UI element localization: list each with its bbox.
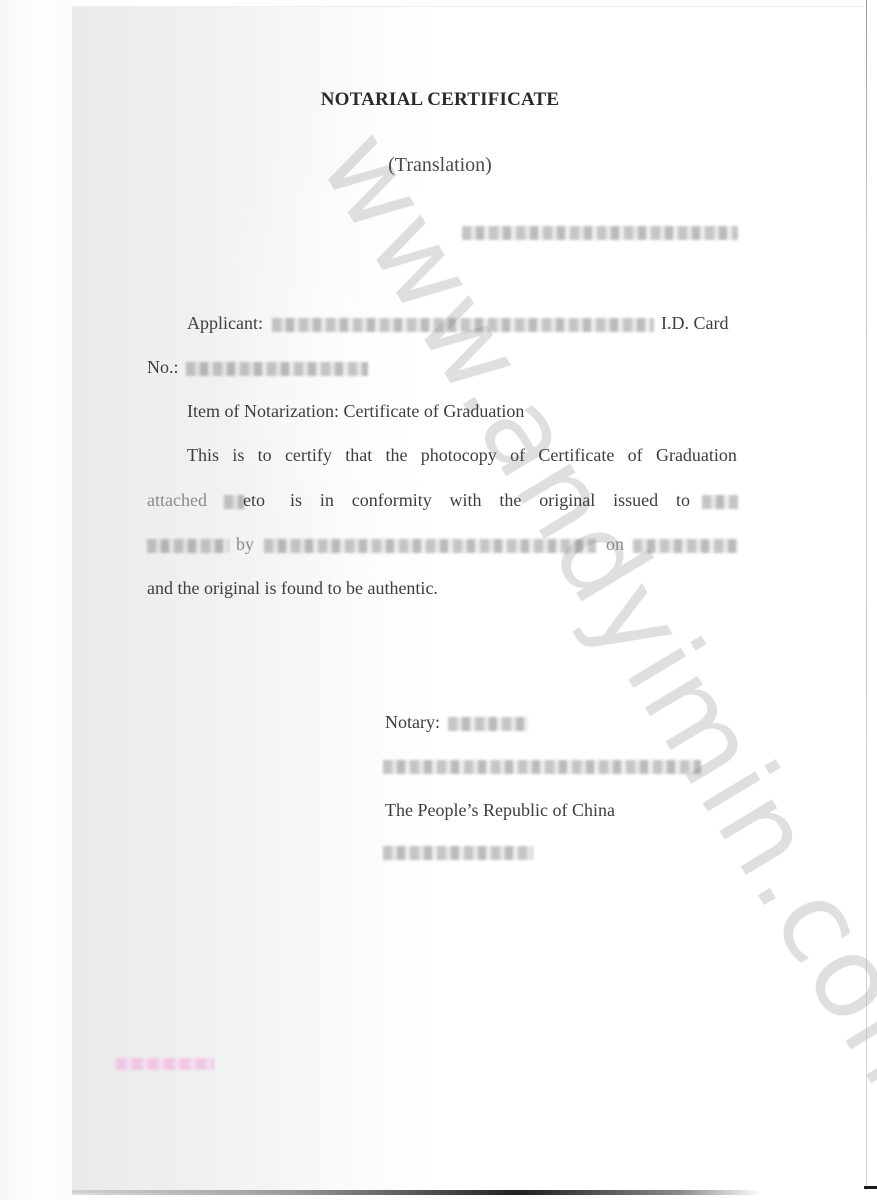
word-on: on: [606, 534, 624, 555]
item-of-notarization: Item of Notarization: Certificate of Gra…: [187, 401, 524, 422]
footer-stamp-redacted: [116, 1058, 214, 1070]
word: conformity: [352, 490, 432, 511]
word: Certificate: [538, 445, 614, 466]
word: to: [676, 490, 690, 511]
country-name: The People’s Republic of China: [385, 800, 615, 821]
hereto-prefix-redacted: [224, 495, 244, 509]
word-hereto-suffix: eto: [243, 490, 265, 511]
notary-name-redacted: [448, 717, 528, 731]
office-name-redacted: [383, 760, 701, 774]
word: of: [628, 445, 643, 466]
issuer-redacted: [264, 539, 596, 553]
word-attached: attached: [147, 490, 207, 511]
word: the: [499, 490, 521, 511]
word: certify: [285, 445, 332, 466]
applicant-label: Applicant:: [187, 313, 263, 334]
id-card-label: I.D. Card: [661, 313, 728, 334]
word: issued: [613, 490, 658, 511]
document-title: NOTARIAL CERTIFICATE: [0, 89, 877, 111]
word: is: [290, 490, 302, 511]
word: of: [510, 445, 525, 466]
certification-line-2: is in conformity with the original issue…: [290, 490, 690, 511]
word: to: [258, 445, 272, 466]
id-number-redacted: [186, 362, 368, 376]
word: original: [539, 490, 595, 511]
certification-line-1: This is to certify that the photocopy of…: [187, 445, 737, 466]
document-subtitle: (Translation): [0, 154, 877, 177]
reference-number-redacted: [462, 226, 738, 240]
document-content: NOTARIAL CERTIFICATE (Translation) Appli…: [0, 0, 877, 1200]
notary-label: Notary:: [385, 712, 440, 733]
recipient-name-redacted-1: [702, 495, 738, 509]
recipient-name-redacted-2: [147, 539, 229, 553]
applicant-value-redacted: [272, 318, 654, 332]
id-number-label: No.:: [147, 357, 179, 378]
word: Graduation: [656, 445, 737, 466]
word: is: [232, 445, 244, 466]
word: that: [345, 445, 372, 466]
word: the: [386, 445, 408, 466]
word: photocopy: [421, 445, 497, 466]
word: with: [450, 490, 482, 511]
certification-line-4: and the original is found to be authenti…: [147, 578, 438, 599]
issue-date-redacted: [633, 539, 738, 553]
date-redacted: [383, 846, 533, 860]
word-by: by: [236, 534, 254, 555]
word: in: [320, 490, 334, 511]
word: This: [187, 445, 219, 466]
